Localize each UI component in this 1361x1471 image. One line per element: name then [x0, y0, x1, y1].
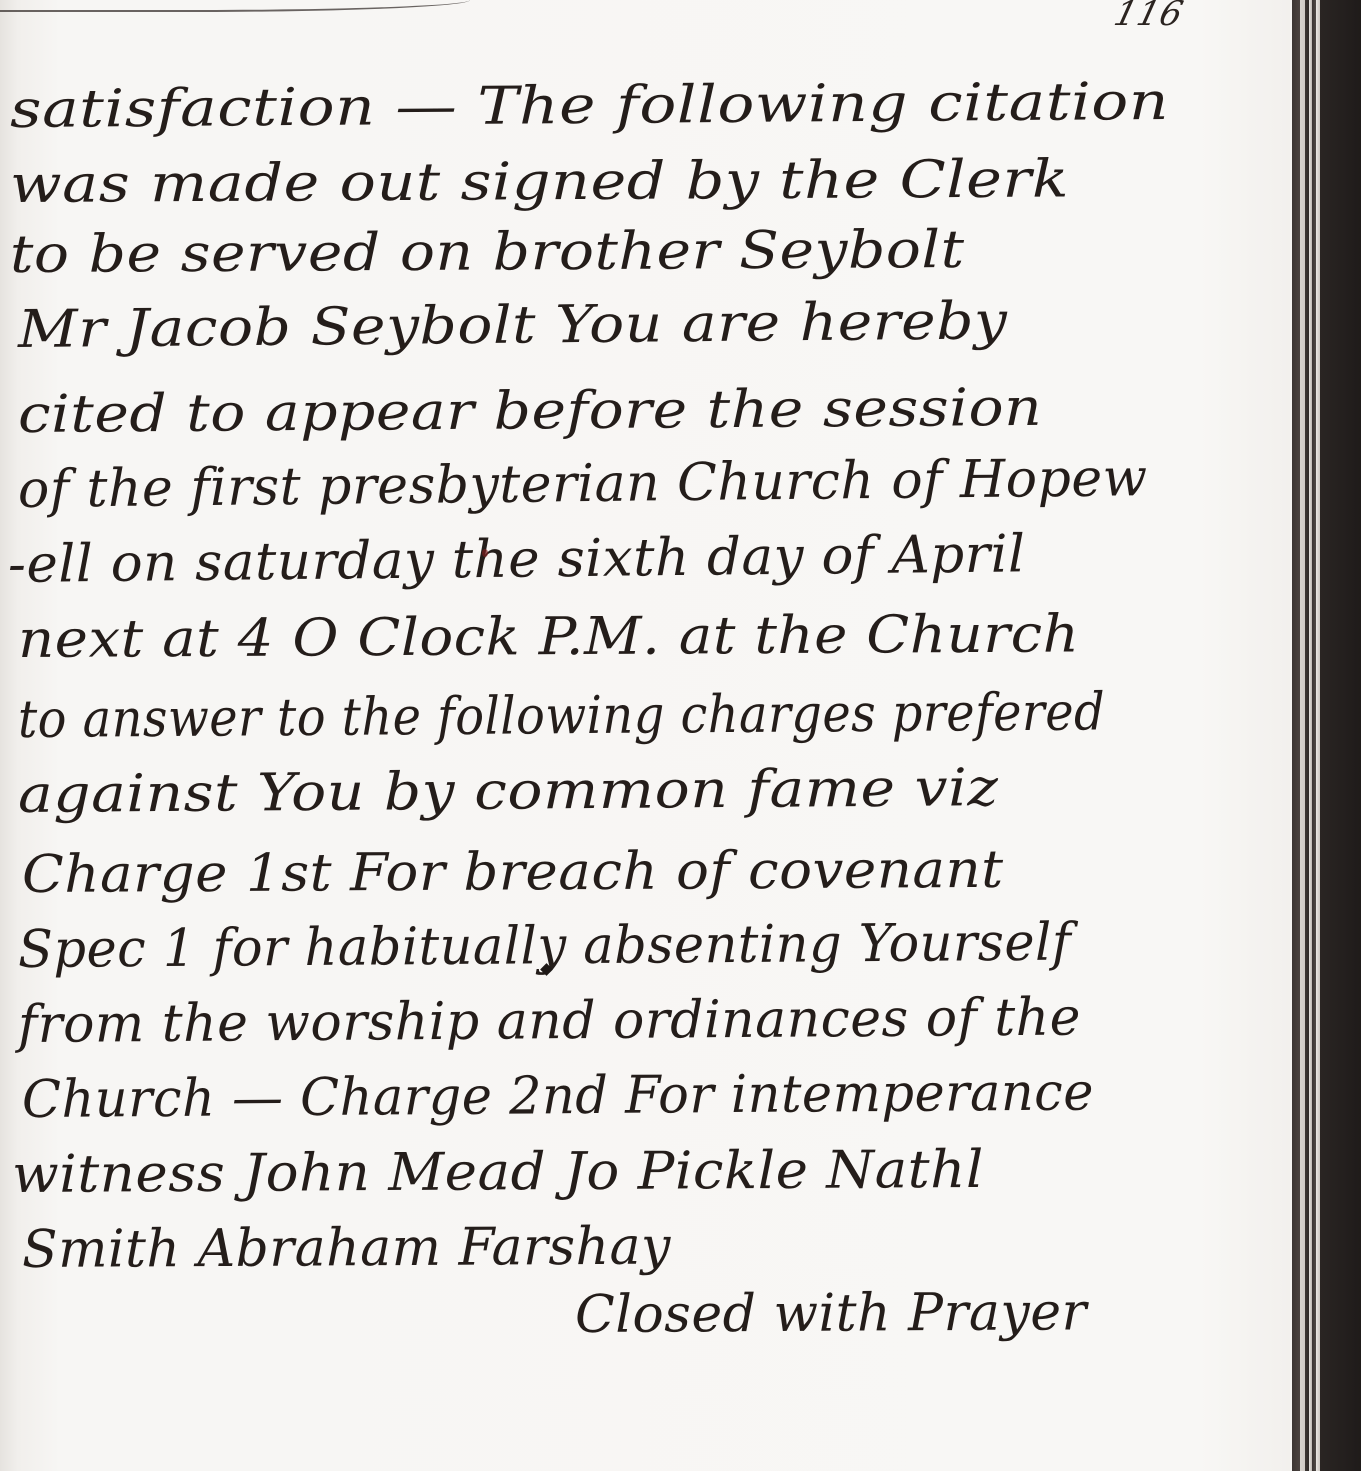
text-line-11: Charge 1st For breach of covenant: [22, 840, 1004, 905]
handwritten-text-block: satisfaction — The following citation wa…: [0, 0, 1290, 1471]
text-line-14: Church — Charge 2nd For intemperance: [22, 1063, 1094, 1130]
text-line-15: witness John Mead Jo Pickle Nathl: [12, 1140, 984, 1205]
text-line-8: next at 4 O Clock P.M. at the Church: [18, 604, 1080, 670]
text-line-4: Mr Jacob Seybolt You are hereby: [18, 291, 1008, 360]
book-binding-edge: [1290, 0, 1361, 1471]
text-line-9: to answer to the following charges prefe…: [18, 682, 1106, 750]
text-line-17: Closed with Prayer: [575, 1282, 1087, 1345]
text-line-16: Smith Abraham Farshay: [22, 1217, 671, 1280]
text-line-13: from the worship and ordinances of the: [18, 988, 1081, 1055]
manuscript-page: 116 satisfaction — The following citatio…: [0, 0, 1300, 1471]
red-ink-mark: [482, 549, 488, 557]
text-line-1: satisfaction — The following citation: [10, 72, 1169, 140]
text-line-10: against You by common fame viz: [18, 758, 999, 825]
text-line-5: cited to appear before the session: [18, 378, 1043, 445]
text-line-6: of the first presbyterian Church of Hope…: [18, 448, 1148, 520]
text-line-3: to be served on brother Seybolt: [10, 220, 965, 285]
text-line-7: -ell on saturday the sixth day of April: [8, 524, 1026, 595]
text-line-2: was made out signed by the Clerk: [10, 149, 1069, 215]
